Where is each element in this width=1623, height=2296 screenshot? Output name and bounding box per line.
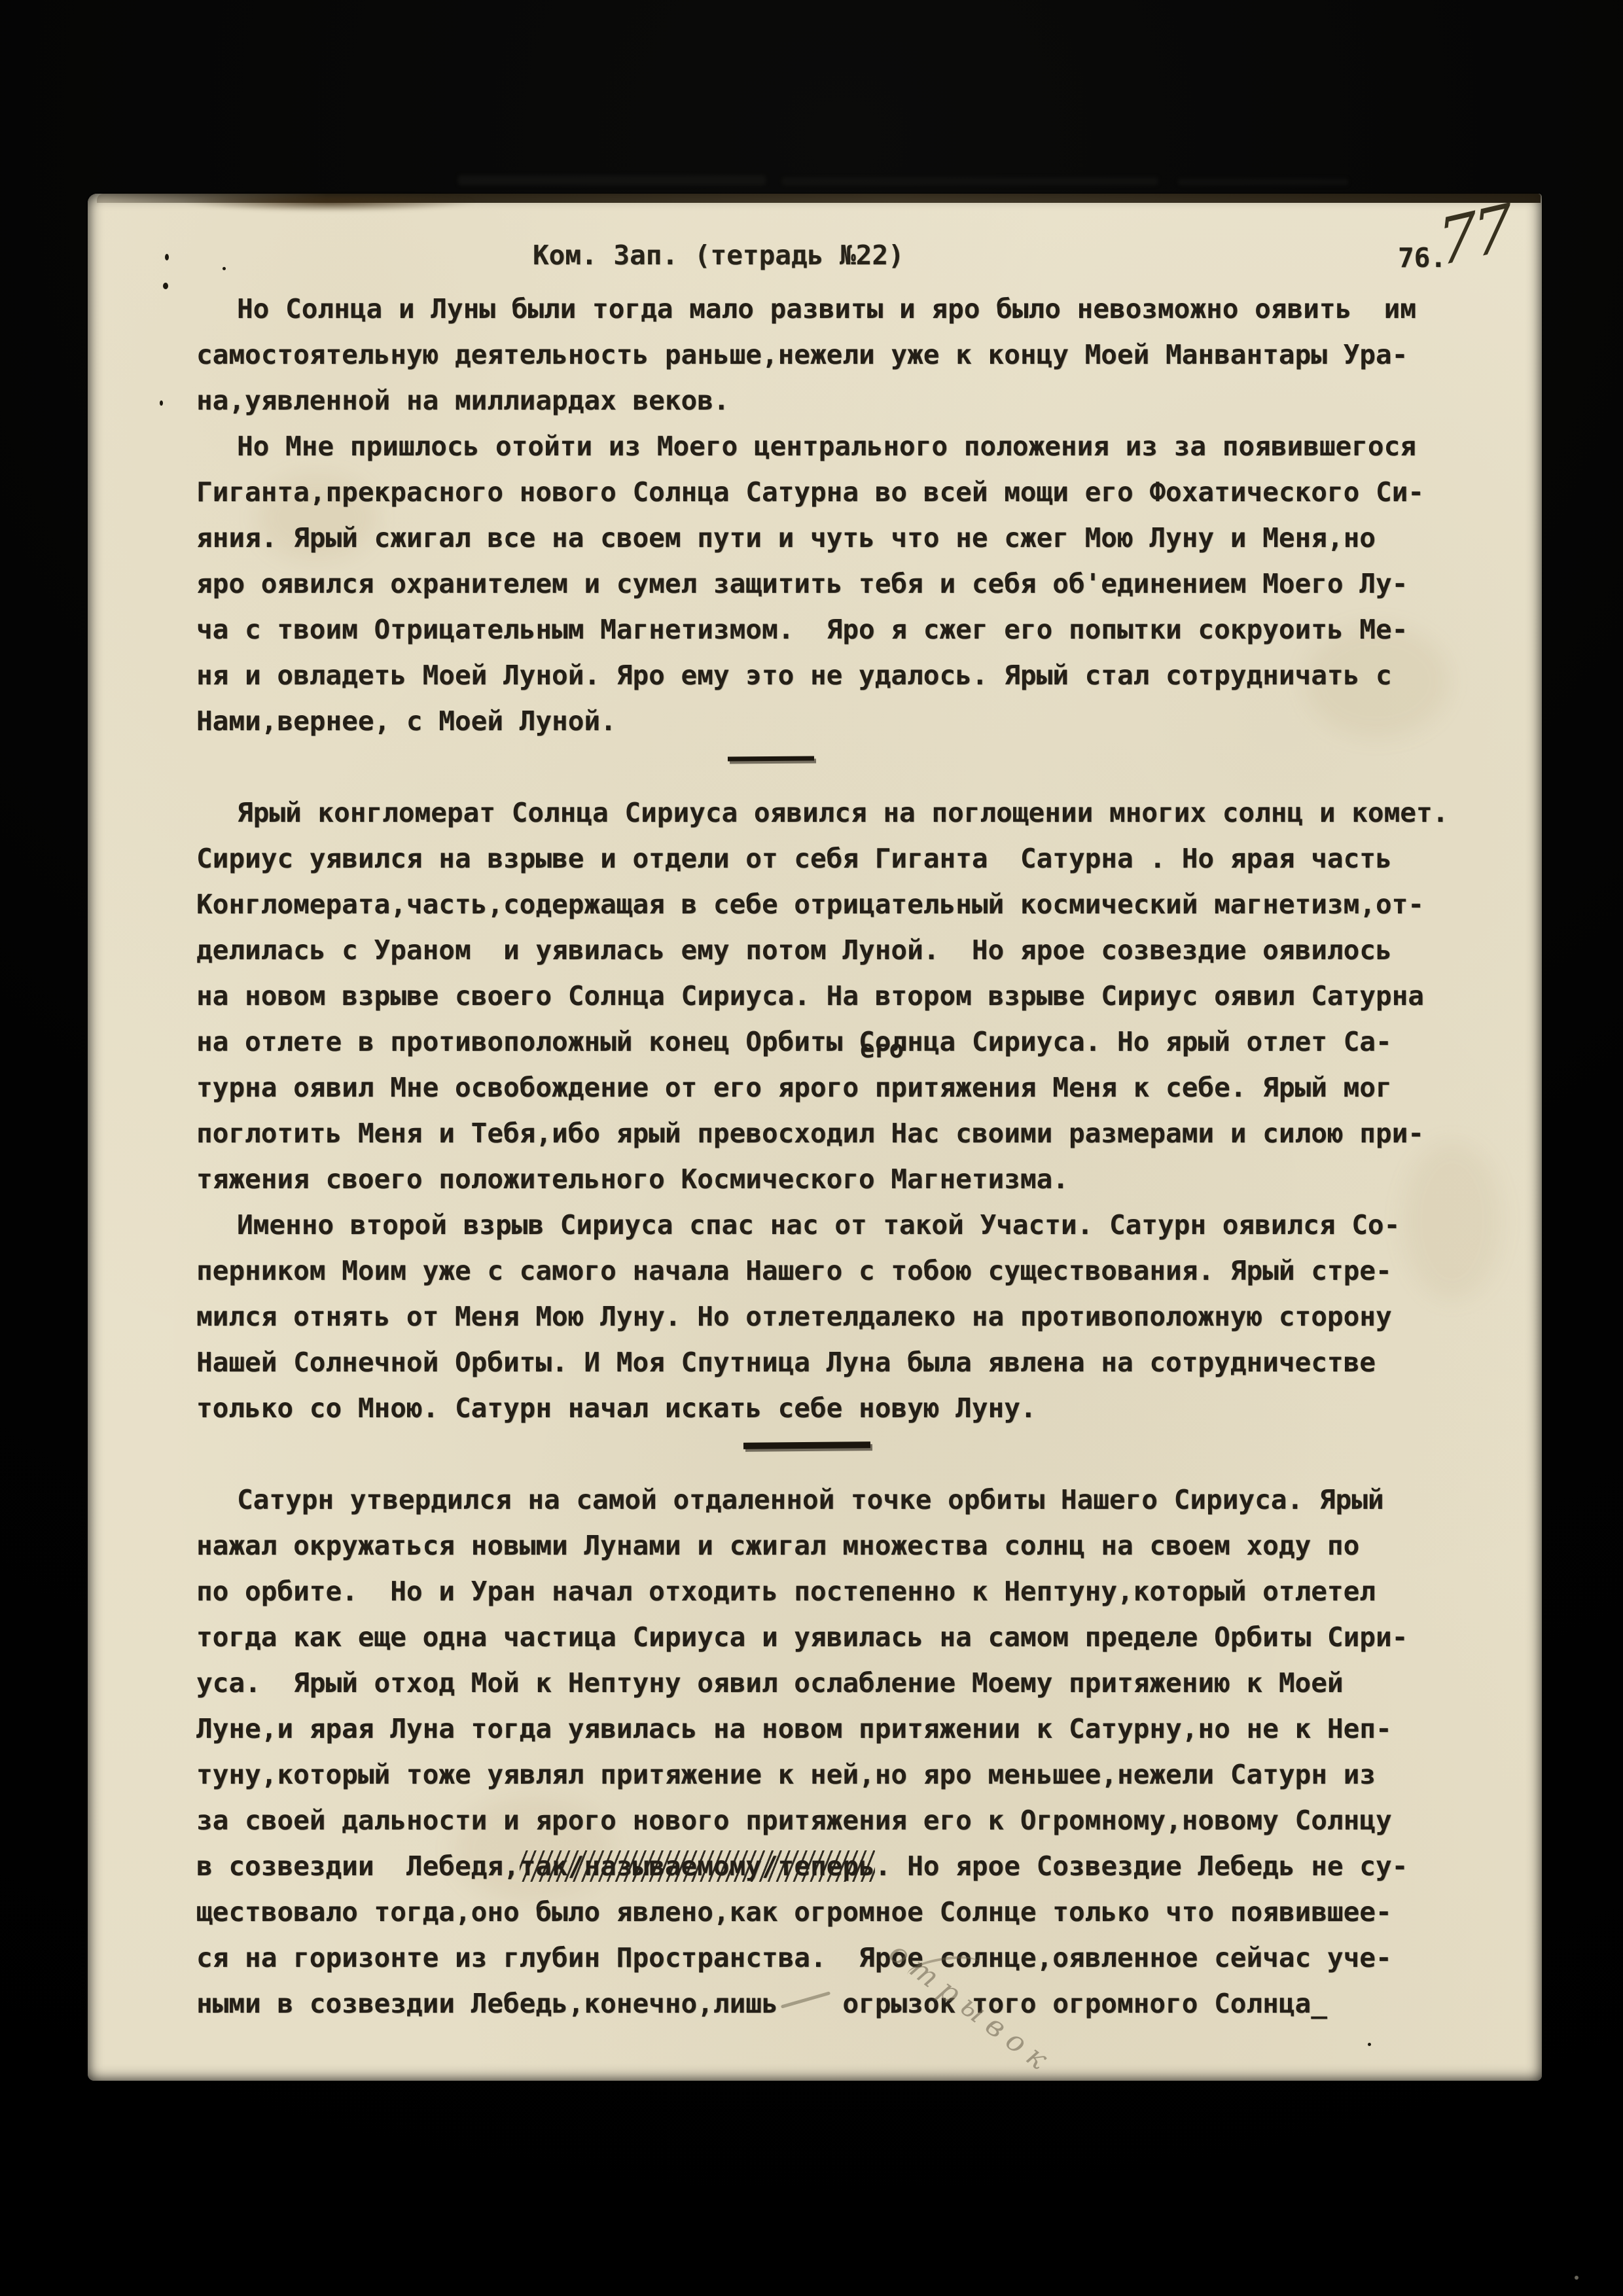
typed-line: яро оявился охранителем и сумел защитить… (196, 568, 1495, 614)
line-segment: в созвездии Лебедя, (196, 1850, 520, 1882)
divider-rule (728, 756, 814, 762)
typed-line: Нашей Солнечной Орбиты. И Моя Спутница Л… (196, 1347, 1495, 1392)
ink-speck (163, 283, 168, 289)
typed-text-block: Но Солнца и Луны были тогда мало развиты… (196, 293, 1495, 2034)
tape-shadow-blob (186, 196, 474, 211)
typed-line: ча с твоим Отрицательным Магнетизмом. Яр… (196, 614, 1495, 660)
typed-line: перником Моим уже с самого начала Нашего… (196, 1255, 1495, 1301)
typed-line: Луне,и ярая Луна тогда уявилась на новом… (196, 1713, 1495, 1759)
typed-line: тяжения своего положительного Космическо… (196, 1163, 1495, 1209)
ink-speck (160, 400, 163, 406)
scanner-streak (1178, 179, 1348, 185)
line-segment: турна оявил Мне освобождение от его ярог… (196, 1072, 859, 1103)
typed-line: Гиганта,прекрасного нового Солнца Сатурн… (196, 476, 1495, 522)
typed-line: Но Солнца и Луны были тогда мало развиты… (196, 293, 1495, 339)
typed-line: Сатурн утвердился на самой отдаленной то… (196, 1484, 1495, 1530)
ink-speck (165, 254, 169, 260)
page-number-handwritten: 77 (1435, 190, 1510, 281)
typed-line: Ярый конгломерат Солнца Сириуса оявился … (196, 797, 1495, 843)
ink-speck (223, 267, 226, 270)
typed-line: на,уявленной на миллиардах веков. (196, 385, 1495, 431)
typed-line: самостоятельную деятельность раньше,неже… (196, 339, 1495, 385)
dust-speck (1575, 2276, 1578, 2280)
typed-line: тогда как еще одна частица Сириуса и уяв… (196, 1621, 1495, 1667)
scan-background: Ком. Зап. (тетрадь №22) 76. 77 Но Солнца… (0, 0, 1623, 2296)
scanner-streak (458, 175, 766, 185)
typed-line: Сириус уявился на взрыве и отдели от себ… (196, 843, 1495, 889)
typed-line: ся на горизонте из глубин Пространства. … (196, 1942, 1495, 1988)
typed-line: яния. Ярый сжигал все на своем пути и чу… (196, 522, 1495, 568)
typed-line: Конгломерата,часть,содержащая в себе отр… (196, 889, 1495, 934)
typed-line: ными в созвездии Лебедь,конечно,лишь огр… (196, 1988, 1495, 2034)
typed-line: туну,который тоже уявлял притяжение к не… (196, 1759, 1495, 1805)
typed-line: Но Мне пришлось отойти из Моего централь… (196, 431, 1495, 476)
typed-line: по орбите. Но и Уран начал отходить пост… (196, 1576, 1495, 1621)
typed-line: только со Мною. Сатурн начал искать себе… (196, 1392, 1495, 1438)
line-segment: притяжения Меня к себе. Ярый мог (859, 1072, 1392, 1103)
section-divider (196, 751, 1495, 797)
typed-line: нажал окружаться новыми Лунами и сжигал … (196, 1530, 1495, 1576)
typed-line: уса. Ярый отход Мой к Нептуну оявил осла… (196, 1667, 1495, 1713)
typed-line: ня и овладеть Моей Луной. Яро ему это не… (196, 660, 1495, 705)
typed-line: Именно второй взрыв Сириуса спас нас от … (196, 1209, 1495, 1255)
struck-out-words: так/называемому/теперь (520, 1850, 875, 1882)
typed-line-with-strikeout: в созвездии Лебедя,так/называемому/тепер… (196, 1850, 1495, 1896)
typed-line: мился отнять от Меня Мою Луну. Но отлете… (196, 1301, 1495, 1347)
typed-line: ществовало тогда,оно было явлено,как огр… (196, 1896, 1495, 1942)
typed-line: на новом взрыве своего Солнца Сириуса. Н… (196, 980, 1495, 1026)
typed-line: поглотить Меня и Тебя,ибо ярый превосход… (196, 1118, 1495, 1163)
divider-rule (743, 1441, 870, 1449)
ink-speck (1368, 2043, 1371, 2046)
scanner-streak (782, 177, 1158, 185)
typed-line: за своей дальности и ярого нового притяж… (196, 1805, 1495, 1850)
scanned-page: Ком. Зап. (тетрадь №22) 76. 77 Но Солнца… (88, 194, 1542, 2081)
inserted-word: его (860, 1035, 904, 1063)
line-segment: . Но ярое Созвездие Лебедь не су- (875, 1850, 1408, 1882)
typed-line: Нами,вернее, с Моей Луной. (196, 705, 1495, 751)
typed-line: на отлете в противоположный конец Орбиты… (196, 1026, 1495, 1072)
section-divider (196, 1438, 1495, 1484)
typed-line-with-insertion: турна оявил Мне освобождение от его ярог… (196, 1072, 1495, 1118)
page-title: Ком. Зап. (тетрадь №22) (533, 239, 904, 271)
typed-line: делилась с Ураном и уявилась ему потом Л… (196, 934, 1495, 980)
